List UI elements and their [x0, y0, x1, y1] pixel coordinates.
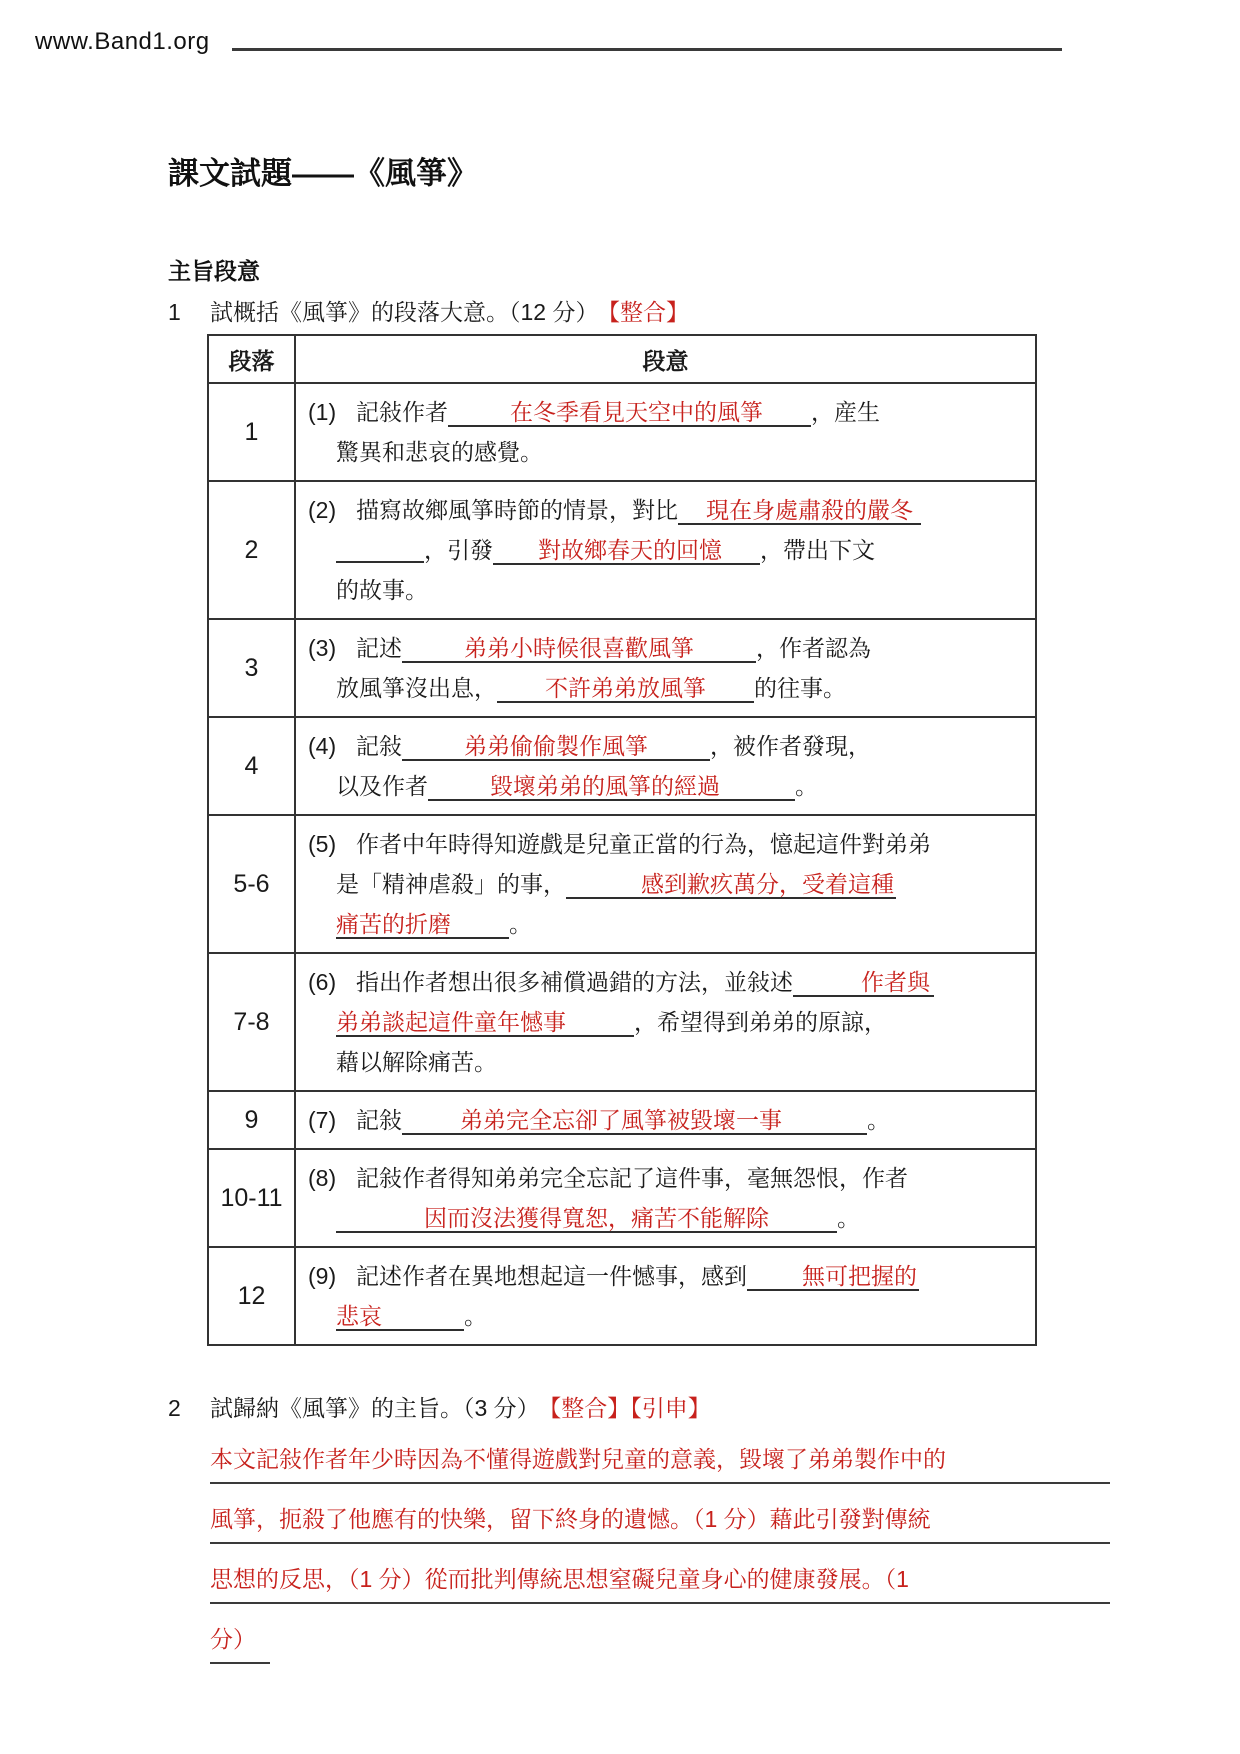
table-row: 10-11(8)記敍作者得知弟弟完全忘記了這件事，毫無怨恨，作者因而沒法獲得寬恕…: [208, 1149, 1036, 1247]
question-2-tags: 【整合】【引申】: [550, 1395, 711, 1421]
column-header-paragraph: 段落: [208, 335, 295, 383]
table-body: 1(1)記敍作者在冬季看見天空中的風箏，産生驚異和悲哀的感覺。2(2)描寫故鄉風…: [208, 383, 1036, 1345]
paragraph-number: 2: [208, 481, 295, 619]
paragraph-number: 1: [208, 383, 295, 481]
cell-text: 。: [837, 1205, 860, 1231]
cell-line: 悲哀。: [336, 1296, 1017, 1336]
document-page: www.Band1.org 課文試題——《風箏》 主旨段意 1試概括《風箏》的段…: [0, 0, 1240, 1754]
cell-text: 作者中年時得知遊戲是兒童正當的行為，憶起這件對弟弟: [356, 831, 931, 857]
cell-text: 記敍作者得知弟弟完全忘記了這件事，毫無怨恨，作者: [356, 1165, 908, 1191]
cell-text: 的故事。: [336, 577, 428, 603]
cell-text: 。: [795, 773, 818, 799]
empty-blank: [336, 538, 424, 563]
cell-line: 藉以解除痛苦。: [336, 1042, 1017, 1082]
paragraph-number: 10-11: [208, 1149, 295, 1247]
table-row: 9(7)記敍弟弟完全忘卻了風箏被毀壞一事。: [208, 1091, 1036, 1149]
paragraph-number: 12: [208, 1247, 295, 1345]
cell-text: 。: [464, 1303, 487, 1329]
paragraph-meaning: (1)記敍作者在冬季看見天空中的風箏，産生驚異和悲哀的感覺。: [295, 383, 1036, 481]
cell-line: (7)記敍弟弟完全忘卻了風箏被毀壞一事。: [308, 1100, 1017, 1140]
header-rule: [232, 48, 1062, 51]
cell-text: 。: [867, 1107, 890, 1133]
answer-blank: 毀壞弟弟的風箏的經過: [428, 773, 795, 801]
answer-blank: 現在身處肅殺的嚴冬: [678, 497, 921, 525]
section-heading: 主旨段意: [168, 253, 1240, 286]
page-header: www.Band1.org: [0, 0, 1240, 56]
cell-line: (2)描寫故鄉風箏時節的情景，對比現在身處肅殺的嚴冬: [308, 490, 1017, 530]
table-row: 5-6(5)作者中年時得知遊戲是兒童正當的行為，憶起這件對弟弟是「精神虐殺」的事…: [208, 815, 1036, 953]
paragraph-number: 4: [208, 717, 295, 815]
answer-blank: 弟弟偷偷製作風箏: [402, 733, 710, 761]
cell-text: 記敍: [356, 1107, 402, 1133]
cell-text: 放風箏沒出息，: [336, 675, 497, 701]
item-marker: (9): [308, 1256, 356, 1296]
cell-text: ，産生: [811, 399, 880, 425]
question-2-answer: 本文記敍作者年少時因為不懂得遊戲對兒童的意義，毀壞了弟弟製作中的風箏，扼殺了他應…: [210, 1446, 1110, 1664]
table-header-row: 段落 段意: [208, 335, 1036, 383]
site-name: www.Band1.org: [35, 28, 210, 56]
cell-line: 弟弟談起這件童年憾事，希望得到弟弟的原諒，: [336, 1002, 1017, 1042]
item-marker: (2): [308, 490, 356, 530]
paragraph-summary-table: 段落 段意 1(1)記敍作者在冬季看見天空中的風箏，産生驚異和悲哀的感覺。2(2…: [207, 334, 1037, 1346]
answer-line: 思想的反思，（1 分）從而批判傳統思想窒礙兒童身心的健康發展。（1: [210, 1566, 1110, 1604]
cell-text: 記述作者在異地想起這一件憾事，感到: [356, 1263, 747, 1289]
table-row: 12(9)記述作者在異地想起這一件憾事，感到無可把握的悲哀。: [208, 1247, 1036, 1345]
cell-line: (5)作者中年時得知遊戲是兒童正當的行為，憶起這件對弟弟: [308, 824, 1017, 864]
cell-text: 藉以解除痛苦。: [336, 1049, 497, 1075]
paragraph-number: 3: [208, 619, 295, 717]
paragraph-meaning: (2)描寫故鄉風箏時節的情景，對比現在身處肅殺的嚴冬，引發對故鄉春天的回憶，帶出…: [295, 481, 1036, 619]
cell-text: 以及作者: [336, 773, 428, 799]
cell-text: 指出作者想出很多補償過錯的方法，並敍述: [356, 969, 793, 995]
table-row: 3(3)記述弟弟小時候很喜歡風箏，作者認為放風箏沒出息，不許弟弟放風箏的往事。: [208, 619, 1036, 717]
paragraph-meaning: (5)作者中年時得知遊戲是兒童正當的行為，憶起這件對弟弟是「精神虐殺」的事，感到…: [295, 815, 1036, 953]
item-marker: (7): [308, 1100, 356, 1140]
cell-text: 驚異和悲哀的感覺。: [336, 439, 543, 465]
paragraph-meaning: (4)記敍弟弟偷偷製作風箏，被作者發現，以及作者毀壞弟弟的風箏的經過。: [295, 717, 1036, 815]
question-1-tag: 【整合】: [608, 299, 689, 325]
question-2-text: 試歸納《風箏》的主旨。（3 分）: [210, 1395, 540, 1421]
paragraph-meaning: (6)指出作者想出很多補償過錯的方法，並敍述作者與弟弟談起這件童年憾事，希望得到…: [295, 953, 1036, 1091]
cell-line: 因而沒法獲得寬恕，痛苦不能解除。: [336, 1198, 1017, 1238]
answer-blank: 不許弟弟放風箏: [497, 675, 754, 703]
item-marker: (6): [308, 962, 356, 1002]
answer-blank: 因而沒法獲得寬恕，痛苦不能解除: [336, 1205, 837, 1233]
column-header-meaning: 段意: [295, 335, 1036, 383]
table-header: 段落 段意: [208, 335, 1036, 383]
cell-line: 的故事。: [336, 570, 1017, 610]
question-1-number: 1: [168, 296, 210, 328]
answer-blank: 弟弟小時候很喜歡風箏: [402, 635, 756, 663]
page-title: 課文試題——《風箏》: [168, 148, 1240, 193]
item-marker: (1): [308, 392, 356, 432]
cell-text: ，帶出下文: [760, 537, 875, 563]
paragraph-meaning: (7)記敍弟弟完全忘卻了風箏被毀壞一事。: [295, 1091, 1036, 1149]
table-row: 7-8(6)指出作者想出很多補償過錯的方法，並敍述作者與弟弟談起這件童年憾事，希…: [208, 953, 1036, 1091]
cell-line: 痛苦的折磨。: [336, 904, 1017, 944]
cell-text: ，希望得到弟弟的原諒，: [634, 1009, 887, 1035]
item-marker: (8): [308, 1158, 356, 1198]
cell-line: 放風箏沒出息，不許弟弟放風箏的往事。: [336, 668, 1017, 708]
cell-text: 描寫故鄉風箏時節的情景，對比: [356, 497, 678, 523]
item-marker: (3): [308, 628, 356, 668]
table-row: 4(4)記敍弟弟偷偷製作風箏，被作者發現，以及作者毀壞弟弟的風箏的經過。: [208, 717, 1036, 815]
cell-text: 是「精神虐殺」的事，: [336, 871, 566, 897]
answer-blank: 無可把握的: [747, 1263, 919, 1291]
table-row: 1(1)記敍作者在冬季看見天空中的風箏，産生驚異和悲哀的感覺。: [208, 383, 1036, 481]
cell-line: 是「精神虐殺」的事，感到歉疚萬分，受着這種: [336, 864, 1017, 904]
item-marker: (5): [308, 824, 356, 864]
cell-text: 。: [509, 911, 532, 937]
answer-blank: 對故鄉春天的回憶: [493, 537, 760, 565]
cell-text: 記敍: [356, 733, 402, 759]
paragraph-number: 7-8: [208, 953, 295, 1091]
table-row: 2(2)描寫故鄉風箏時節的情景，對比現在身處肅殺的嚴冬，引發對故鄉春天的回憶，帶…: [208, 481, 1036, 619]
paragraph-meaning: (9)記述作者在異地想起這一件憾事，感到無可把握的悲哀。: [295, 1247, 1036, 1345]
paragraph-number: 5-6: [208, 815, 295, 953]
cell-line: (1)記敍作者在冬季看見天空中的風箏，産生: [308, 392, 1017, 432]
cell-line: ，引發對故鄉春天的回憶，帶出下文: [336, 530, 1017, 570]
answer-line: 分）: [210, 1626, 270, 1664]
cell-text: 的往事。: [754, 675, 846, 701]
answer-blank: 弟弟完全忘卻了風箏被毀壞一事: [402, 1107, 867, 1135]
question-1: 1試概括《風箏》的段落大意。（12 分）【整合】: [168, 296, 1240, 328]
cell-line: 驚異和悲哀的感覺。: [336, 432, 1017, 472]
answer-blank: 在冬季看見天空中的風箏: [448, 399, 811, 427]
paragraph-meaning: (3)記述弟弟小時候很喜歡風箏，作者認為放風箏沒出息，不許弟弟放風箏的往事。: [295, 619, 1036, 717]
answer-line: 風箏，扼殺了他應有的快樂，留下終身的遺憾。（1 分）藉此引發對傳統: [210, 1506, 1110, 1544]
cell-text: ，作者認為: [756, 635, 871, 661]
question-2-number: 2: [168, 1392, 210, 1424]
answer-blank: 痛苦的折磨: [336, 911, 509, 939]
cell-line: (4)記敍弟弟偷偷製作風箏，被作者發現，: [308, 726, 1017, 766]
cell-line: (8)記敍作者得知弟弟完全忘記了這件事，毫無怨恨，作者: [308, 1158, 1017, 1198]
cell-text: ，被作者發現，: [710, 733, 871, 759]
answer-line: 本文記敍作者年少時因為不懂得遊戲對兒童的意義，毀壞了弟弟製作中的: [210, 1446, 1110, 1484]
paragraph-meaning: (8)記敍作者得知弟弟完全忘記了這件事，毫無怨恨，作者因而沒法獲得寬恕，痛苦不能…: [295, 1149, 1036, 1247]
question-2: 2試歸納《風箏》的主旨。（3 分）【整合】【引申】: [168, 1392, 1240, 1424]
cell-line: 以及作者毀壞弟弟的風箏的經過。: [336, 766, 1017, 806]
cell-text: 記敍作者: [356, 399, 448, 425]
cell-line: (6)指出作者想出很多補償過錯的方法，並敍述作者與: [308, 962, 1017, 1002]
item-marker: (4): [308, 726, 356, 766]
cell-line: (9)記述作者在異地想起這一件憾事，感到無可把握的: [308, 1256, 1017, 1296]
cell-line: (3)記述弟弟小時候很喜歡風箏，作者認為: [308, 628, 1017, 668]
cell-text: ，引發: [424, 537, 493, 563]
answer-blank: 弟弟談起這件童年憾事: [336, 1009, 634, 1037]
answer-blank: 作者與: [793, 969, 934, 997]
paragraph-number: 9: [208, 1091, 295, 1149]
answer-blank: 感到歉疚萬分，受着這種: [566, 871, 896, 899]
cell-text: 記述: [356, 635, 402, 661]
question-1-text: 試概括《風箏》的段落大意。（12 分）: [210, 299, 598, 325]
answer-blank: 悲哀: [336, 1303, 464, 1331]
